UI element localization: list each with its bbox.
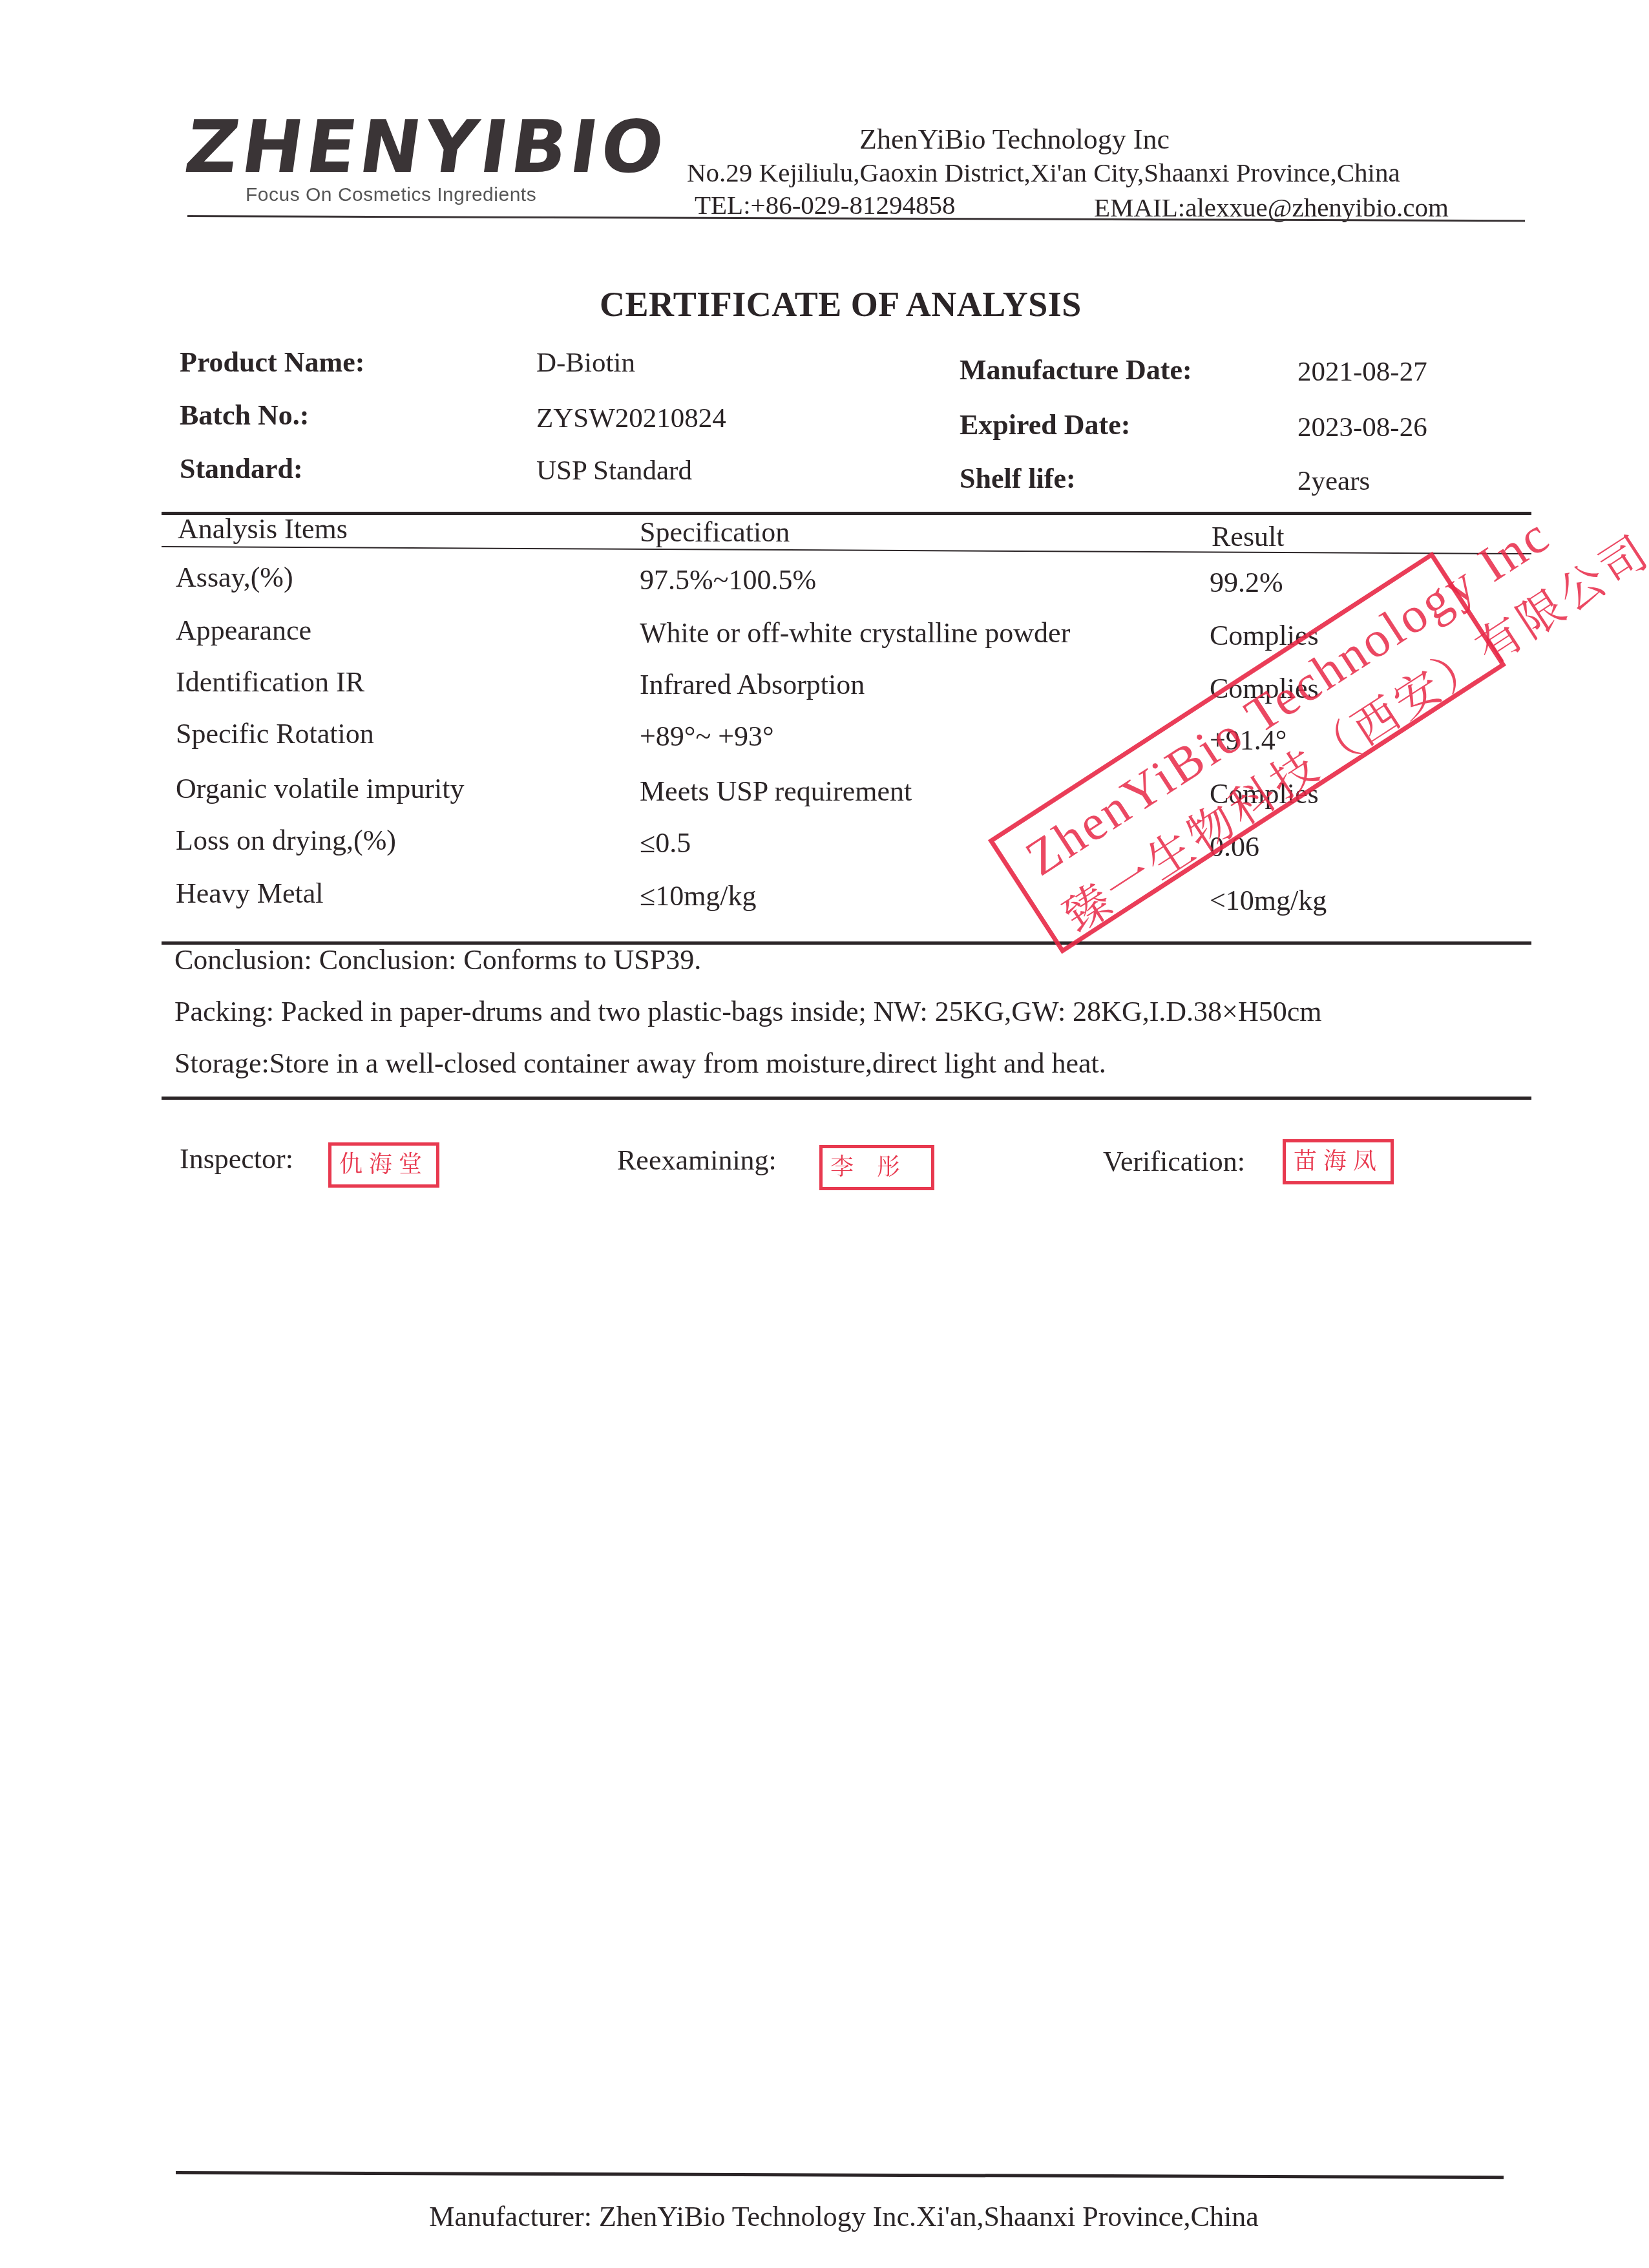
footer-divider [176, 2171, 1504, 2179]
cell-specification: White or off-white crystalline powder [640, 616, 1070, 649]
meta-label-manufacture-date: Manufacture Date: [960, 353, 1192, 386]
packing-text: Packing: Packed in paper-drums and two p… [174, 995, 1321, 1028]
header-result: Result [1212, 520, 1284, 553]
cell-analysis-item: Appearance [176, 614, 311, 647]
meta-value-product-name: D-Biotin [536, 347, 635, 379]
meta-label-shelf-life: Shelf life: [960, 462, 1076, 495]
reexamining-label: Reexamining: [617, 1144, 777, 1177]
logo-tagline: Focus On Cosmetics Ingredients [246, 184, 536, 206]
cell-analysis-item: Identification IR [176, 666, 364, 698]
cell-analysis-item: Organic volatile impurity [176, 772, 464, 805]
meta-value-manufacture-date: 2021-08-27 [1297, 356, 1427, 388]
cell-specification: ≤10mg/kg [640, 879, 757, 912]
inspector-signature-stamp: 仇海堂 [328, 1142, 439, 1188]
meta-label-expired-date: Expired Date: [960, 408, 1130, 441]
storage-text: Storage:Store in a well-closed container… [174, 1047, 1106, 1080]
cell-analysis-item: Specific Rotation [176, 717, 374, 750]
table-header-rule [162, 546, 1531, 554]
company-address: No.29 Kejiliulu,Gaoxin District,Xi'an Ci… [687, 157, 1400, 188]
company-seal-english: ZhenYiBio Technology Inc [1015, 505, 1560, 887]
cell-result: <10mg/kg [1210, 884, 1327, 917]
document-title: CERTIFICATE OF ANALYSIS [0, 284, 1649, 324]
meta-label-product-name: Product Name: [180, 346, 364, 379]
cell-analysis-item: Assay,(%) [176, 561, 293, 594]
header-analysis-items: Analysis Items [178, 512, 348, 545]
verification-signature-stamp: 苗海凤 [1283, 1139, 1394, 1184]
conclusion-text: Conclusion: Conclusion: Conforms to USP3… [174, 943, 701, 976]
company-seal-chinese: 臻一生物科技（西安）有限公司 [1049, 516, 1649, 945]
cell-result: 99.2% [1210, 566, 1283, 599]
company-name: ZhenYiBio Technology Inc [859, 123, 1170, 156]
reexamining-signature-stamp: 李彤 [819, 1145, 934, 1190]
meta-value-shelf-life: 2years [1297, 465, 1370, 497]
cell-specification: ≤0.5 [640, 826, 691, 859]
company-logo: ZHENYIBIO [181, 111, 672, 184]
header-specification: Specification [640, 516, 790, 549]
footer-manufacturer: Manufacturer: ZhenYiBio Technology Inc.X… [0, 2200, 1649, 2233]
cell-analysis-item: Loss on drying,(%) [176, 824, 396, 857]
table-top-rule [162, 512, 1531, 515]
meta-value-batch-no: ZYSW20210824 [536, 403, 726, 434]
cell-specification: Meets USP requirement [640, 775, 912, 808]
verification-label: Verification: [1103, 1145, 1245, 1178]
cell-specification: Infrared Absorption [640, 668, 865, 701]
cell-specification: +89°~ +93° [640, 720, 774, 753]
meta-label-standard: Standard: [180, 452, 303, 485]
cell-specification: 97.5%~100.5% [640, 563, 816, 596]
meta-label-batch-no: Batch No.: [180, 399, 309, 432]
meta-value-standard: USP Standard [536, 455, 692, 487]
notes-bottom-rule [162, 1097, 1531, 1100]
inspector-label: Inspector: [180, 1142, 293, 1175]
cell-analysis-item: Heavy Metal [176, 877, 323, 910]
meta-value-expired-date: 2023-08-26 [1297, 412, 1427, 443]
company-tel: TEL:+86-029-81294858 [695, 189, 955, 220]
